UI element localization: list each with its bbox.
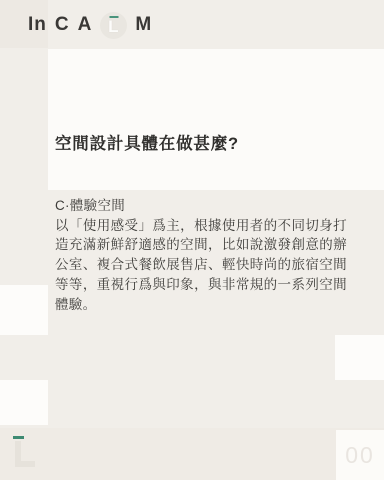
watermark-teal-tick-icon <box>13 436 24 439</box>
bottom-beige-band <box>0 428 384 480</box>
article-body: C·體驗空間 以「使用感受」爲主，根據使用者的不同切身打造充滿新鮮舒適感的空間，… <box>55 196 347 314</box>
heading-white-panel <box>48 49 384 190</box>
left-white-block-2 <box>0 380 48 425</box>
logo-letter-l: L <box>108 15 119 35</box>
watermark-l-icon <box>13 436 47 470</box>
article-label: C·體驗空間 <box>55 196 347 216</box>
logo-circle-badge: L <box>100 12 127 39</box>
page-number: 00 <box>345 442 375 469</box>
logo-part-in: In <box>28 14 47 36</box>
page-number-panel: 00 <box>336 430 384 480</box>
logo-letter-a: A <box>78 14 93 36</box>
page-title: 空間設計具體在做甚麼? <box>55 130 355 154</box>
watermark-l-shape <box>15 441 35 467</box>
right-white-block <box>335 335 384 380</box>
article-paragraph: 以「使用感受」爲主，根據使用者的不同切身打造充滿新鮮舒適感的空間，比如說激發創意… <box>55 216 347 315</box>
logo-teal-tick-icon <box>109 16 118 19</box>
logo-letter-c: C <box>55 14 70 36</box>
logo-letter-m: M <box>135 14 152 36</box>
left-white-block-1 <box>0 285 48 335</box>
site-logo[interactable]: In C A L M <box>28 10 152 40</box>
